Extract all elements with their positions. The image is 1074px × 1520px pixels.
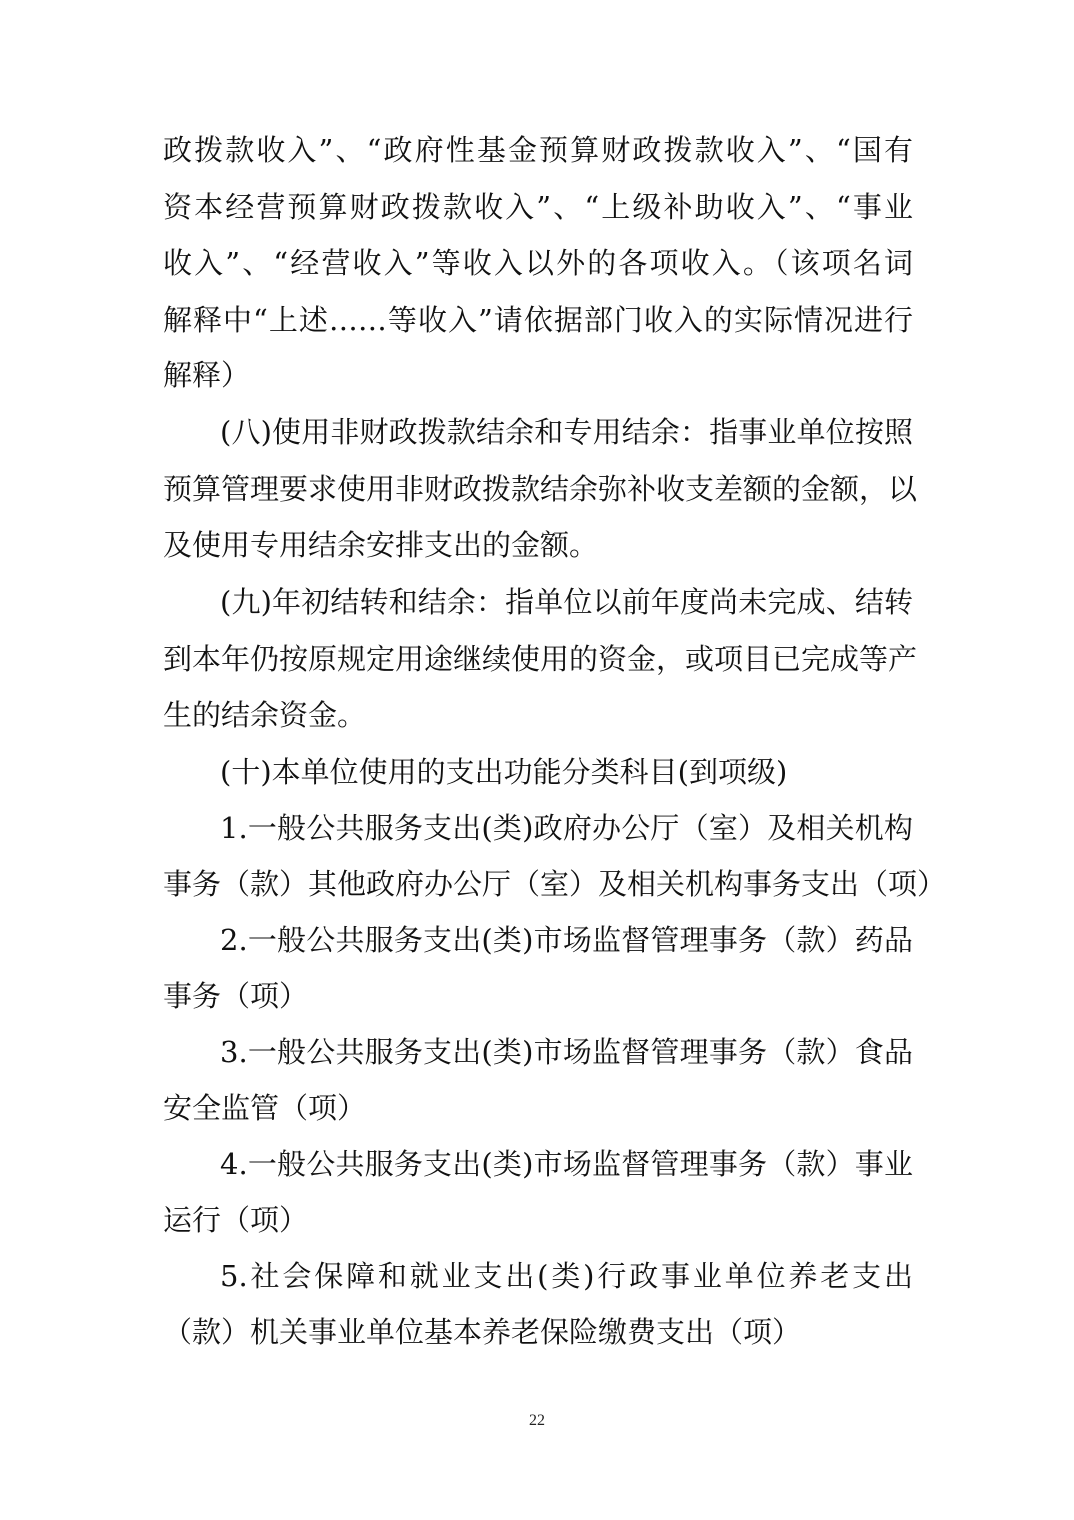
text-line: (九)年初结转和结余：指单位以前年度尚未完成、结转 [220, 582, 913, 622]
text-line: 事务（项） [163, 976, 913, 1016]
text-line: 资本经营预算财政拨款收入”、“上级补助收入”、“事业 [163, 187, 913, 227]
text-line: 3.一般公共服务支出(类)市场监督管理事务（款）食品 [220, 1032, 913, 1072]
text-line: 及使用专用结余安排支出的金额。 [163, 525, 913, 565]
text-line: (十)本单位使用的支出功能分类科目(到项级) [220, 752, 913, 792]
text-line: 生的结余资金。 [163, 695, 913, 735]
text-line: 2.一般公共服务支出(类)市场监督管理事务（款）药品 [220, 920, 913, 960]
page-number: 22 [0, 1412, 1074, 1430]
text-line: 解释） [163, 355, 913, 395]
text-line: 解释中“上述……等收入”请依据部门收入的实际情况进行 [163, 300, 913, 340]
text-line: 预算管理要求使用非财政拨款结余弥补收支差额的金额，以 [163, 469, 913, 509]
document-page: 政拨款收入”、“政府性基金预算财政拨款收入”、“国有资本经营预算财政拨款收入”、… [0, 0, 1074, 1520]
text-line: (八)使用非财政拨款结余和专用结余：指事业单位按照 [220, 412, 913, 452]
text-line: 运行（项） [163, 1200, 913, 1240]
text-line: 事务（款）其他政府办公厅（室）及相关机构事务支出（项） [163, 864, 913, 904]
text-line: 4.一般公共服务支出(类)市场监督管理事务（款）事业 [220, 1144, 913, 1184]
text-line: 5.社会保障和就业支出(类)行政事业单位养老支出 [220, 1256, 913, 1296]
text-line: （款）机关事业单位基本养老保险缴费支出（项） [163, 1312, 913, 1352]
text-line: 到本年仍按原规定用途继续使用的资金，或项目已完成等产 [163, 639, 913, 679]
text-line: 政拨款收入”、“政府性基金预算财政拨款收入”、“国有 [163, 130, 913, 170]
text-line: 安全监管（项） [163, 1088, 913, 1128]
text-line: 收入”、“经营收入”等收入以外的各项收入。（该项名词 [163, 243, 913, 283]
text-line: 1.一般公共服务支出(类)政府办公厅（室）及相关机构 [220, 808, 913, 848]
